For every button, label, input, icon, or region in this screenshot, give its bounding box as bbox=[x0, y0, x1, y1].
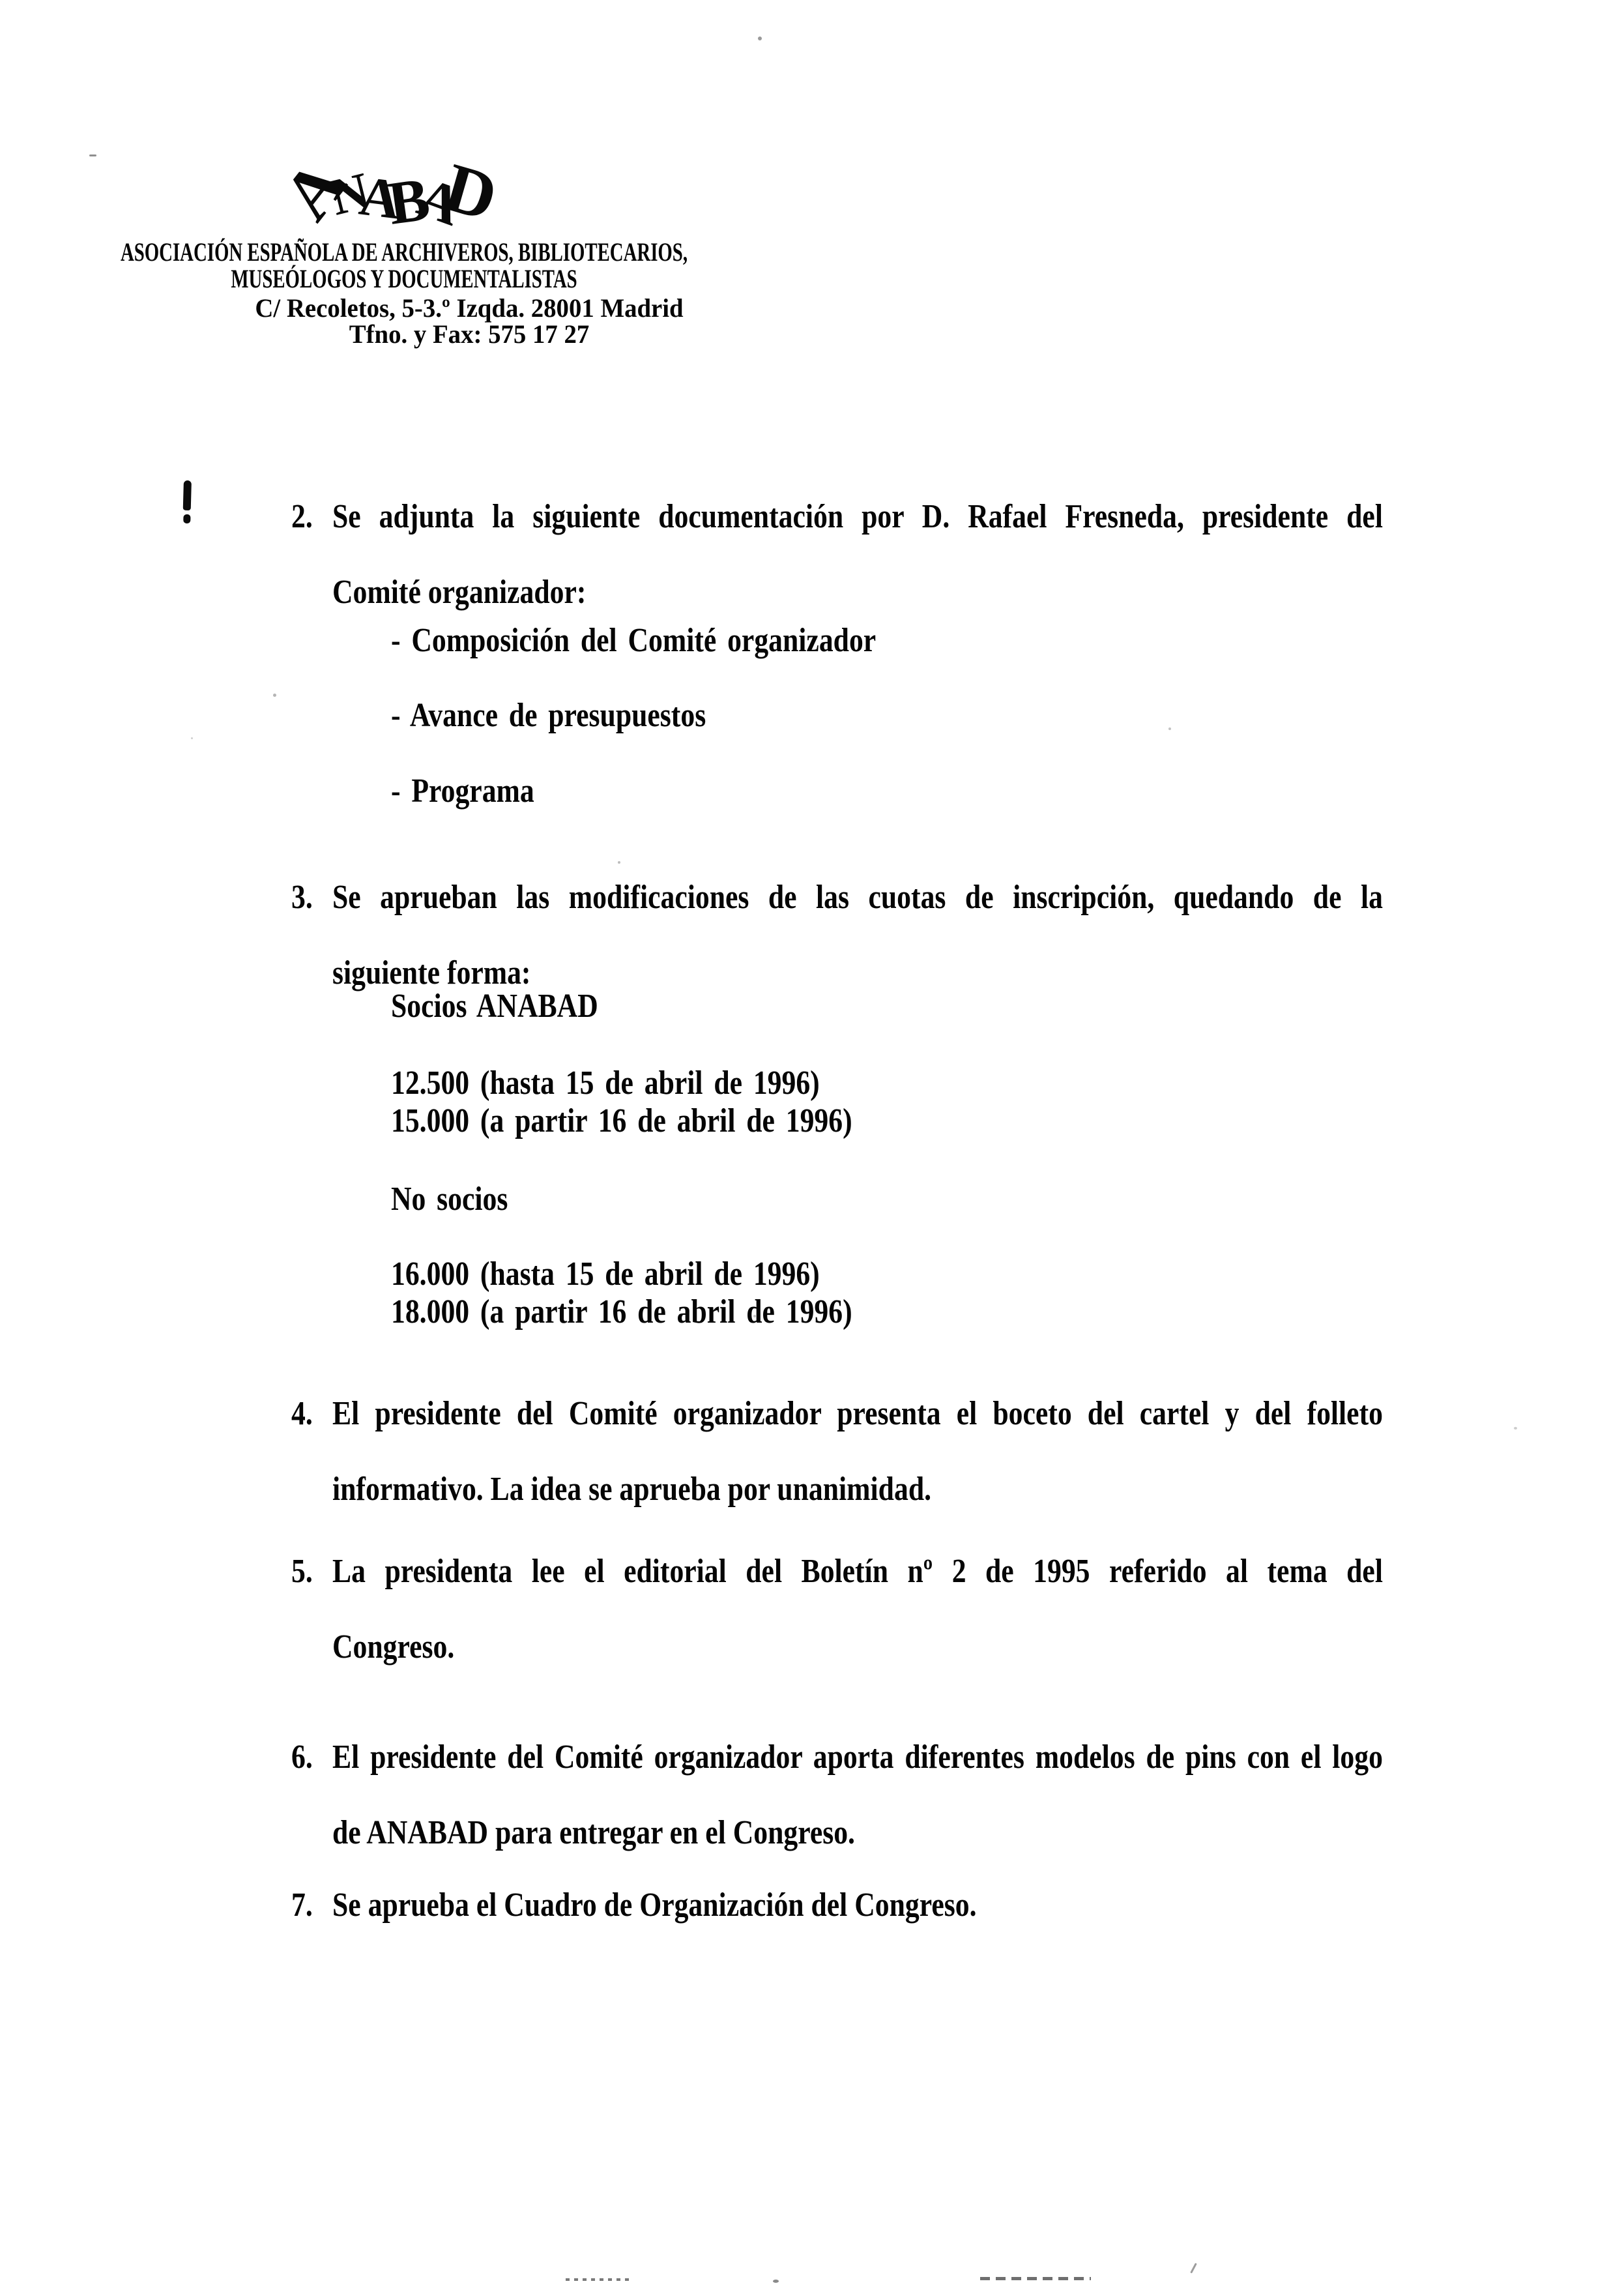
minute-item-4: 4.El presidente del Comité organizador p… bbox=[291, 1395, 1383, 1508]
attachment-item: - Programa bbox=[391, 772, 1322, 810]
item-text: Se adjunta la siguiente documentación po… bbox=[332, 498, 1383, 535]
minute-item-2-line1: 2.Se adjunta la siguiente documentación … bbox=[291, 498, 1383, 574]
phone-fax-line: Tfno. y Fax: 575 17 27 bbox=[141, 321, 798, 348]
item-number: 7. bbox=[291, 1886, 332, 1924]
organization-name-line2: MUSEÓLOGOS Y DOCUMENTALISTAS bbox=[113, 265, 695, 293]
item-number: 4. bbox=[291, 1395, 332, 1433]
item-text: Se aprueba el Cuadro de Organización del… bbox=[332, 1886, 976, 1924]
scan-artifact-dashed-line bbox=[980, 2277, 1091, 2280]
document-page: A N A B A D ASOCIACIÓN ESPAÑOLA DE ARCHI… bbox=[0, 0, 1624, 2290]
fee-line: 16.000 (hasta 15 de abril de 1996) bbox=[391, 1255, 1322, 1293]
scan-speck bbox=[1514, 1427, 1517, 1430]
fee-line: 15.000 (a partir 16 de abril de 1996) bbox=[391, 1102, 1322, 1140]
scan-artifact-dotted-line bbox=[566, 2278, 630, 2281]
organization-name-line1: ASOCIACIÓN ESPAÑOLA DE ARCHIVEROS, BIBLI… bbox=[113, 239, 695, 266]
minute-item-6-line2: de ANABAD para entregar en el Congreso. bbox=[291, 1814, 1383, 1852]
attachment-item: - Composición del Comité organizador bbox=[391, 622, 1322, 660]
scan-speck bbox=[273, 694, 276, 697]
anabad-logo: A N A B A D bbox=[292, 151, 487, 249]
item-number: 2. bbox=[291, 498, 332, 536]
item-text: El presidente del Comité organizador pre… bbox=[332, 1395, 1383, 1432]
minute-item-2: 2.Se adjunta la siguiente documentación … bbox=[291, 498, 1383, 611]
minute-item-6: 6.El presidente del Comité organizador a… bbox=[291, 1739, 1383, 1852]
logo-letter: D bbox=[437, 153, 504, 233]
scan-speck bbox=[1168, 727, 1171, 730]
margin-pen-mark-stroke bbox=[183, 480, 192, 510]
fee-member-label: Socios ANABAD bbox=[391, 988, 1322, 1025]
minute-item-4-line1: 4.El presidente del Comité organizador p… bbox=[291, 1395, 1383, 1471]
fee-member-lines: 12.500 (hasta 15 de abril de 1996) 15.00… bbox=[391, 1064, 1322, 1140]
scan-speck bbox=[89, 154, 96, 156]
attachment-item: - Avance de presupuestos bbox=[391, 697, 1322, 735]
minute-item-3-line2: siguiente forma: bbox=[291, 954, 1383, 992]
margin-pen-mark bbox=[182, 480, 194, 526]
scan-speck bbox=[618, 861, 620, 864]
scan-speck bbox=[758, 37, 762, 40]
minute-item-2-line2: Comité organizador: bbox=[291, 574, 1383, 611]
minute-item-3-line1: 3.Se aprueban las modificaciones de las … bbox=[291, 879, 1383, 954]
item-text: La presidenta lee el editorial del Bolet… bbox=[332, 1553, 1383, 1590]
item-text: El presidente del Comité organizador apo… bbox=[332, 1739, 1383, 1776]
fee-non-member-lines: 16.000 (hasta 15 de abril de 1996) 18.00… bbox=[391, 1255, 1322, 1331]
scan-artifact-tick bbox=[1190, 2263, 1197, 2273]
minute-item-4-line2: informativo. La idea se aprueba por unan… bbox=[291, 1471, 1383, 1508]
margin-pen-mark-dot bbox=[183, 514, 190, 523]
fee-line: 12.500 (hasta 15 de abril de 1996) bbox=[391, 1064, 1322, 1102]
fee-line: 18.000 (a partir 16 de abril de 1996) bbox=[391, 1293, 1322, 1331]
minute-item-7-line1: 7.Se aprueba el Cuadro de Organización d… bbox=[291, 1886, 1383, 1924]
item-number: 5. bbox=[291, 1553, 332, 1591]
item-number: 3. bbox=[291, 879, 332, 917]
scan-speck bbox=[753, 1315, 756, 1317]
minute-item-5: 5.La presidenta lee el editorial del Bol… bbox=[291, 1553, 1383, 1666]
minute-item-3: 3.Se aprueban las modificaciones de las … bbox=[291, 879, 1383, 992]
address-line: C/ Recoletos, 5-3.º Izqda. 28001 Madrid bbox=[141, 295, 798, 322]
item-number: 6. bbox=[291, 1739, 332, 1776]
minute-item-6-line1: 6.El presidente del Comité organizador a… bbox=[291, 1739, 1383, 1814]
minute-item-5-line2: Congreso. bbox=[291, 1628, 1383, 1666]
fee-non-member-label: No socios bbox=[391, 1181, 1322, 1218]
scan-speck bbox=[191, 737, 193, 739]
minute-item-7: 7.Se aprueba el Cuadro de Organización d… bbox=[291, 1886, 1383, 1924]
minute-item-5-line1: 5.La presidenta lee el editorial del Bol… bbox=[291, 1553, 1383, 1628]
scan-artifact-dot bbox=[773, 2280, 779, 2283]
item-text: Se aprueban las modificaciones de las cu… bbox=[332, 879, 1383, 916]
